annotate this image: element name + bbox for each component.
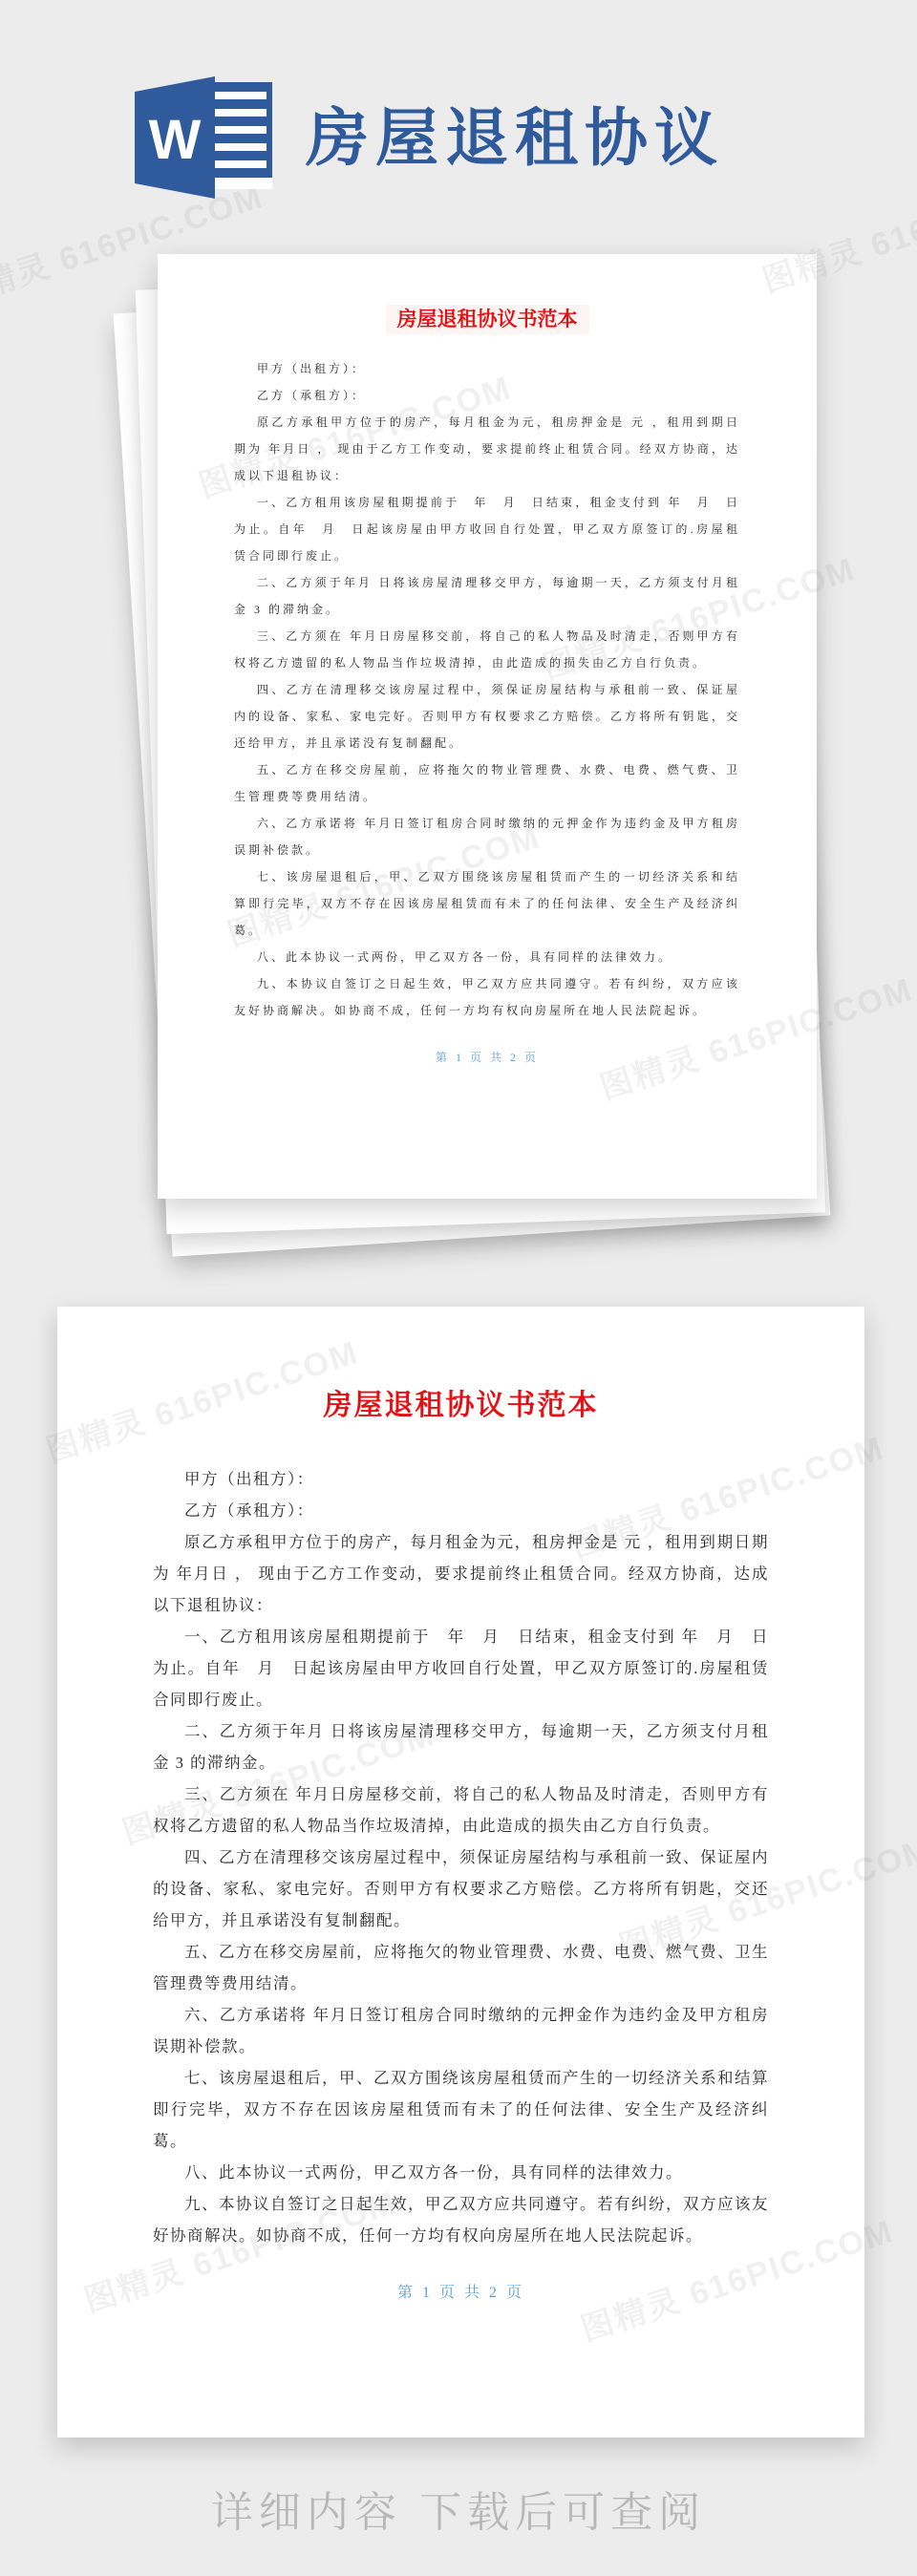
document-body: 甲方（出租方）： 乙方（承租方）： 原乙方承租甲方位于的房产，每月租金为元，租房… [158,355,817,1024]
paragraph: 原乙方承租甲方位于的房产，每月租金为元，租房押金是 元 ，租用到期日期为 年月日… [153,1526,769,1621]
document-page-preview-large: 房屋退租协议书范本 甲方（出租方）： 乙方（承租方）： 原乙方承租甲方位于的房产… [57,1307,864,2438]
document-title: 房屋退租协议书范本 [158,304,817,332]
paragraph: 二、乙方须于年月 日将该房屋清理移交甲方，每逾期一天，乙方须支付月租金 3 的滞… [234,569,740,623]
paragraph: 六、乙方承诺将 年月日签订租房合同时缴纳的元押金作为违约金及甲方租房误期补偿款。 [234,810,740,863]
paragraph: 五、乙方在移交房屋前，应将拖欠的物业管理费、水费、电费、燃气费、卫生管理费等费用… [153,1936,769,1999]
document-title: 房屋退租协议书范本 [57,1381,864,1423]
paragraph: 甲方（出租方）： [234,355,740,382]
paragraph: 一、乙方租用该房屋租期提前于 年 月 日结束，租金支付到 年 月 日为止。自年 … [234,489,740,569]
paragraph: 四、乙方在清理移交该房屋过程中，须保证房屋结构与承租前一致、保证屋内的设备、家私… [153,1842,769,1936]
paragraph: 八、此本协议一式两份，甲乙双方各一份，具有同样的法律效力。 [234,944,740,970]
paragraph: 原乙方承租甲方位于的房产，每月租金为元，租房押金是 元 ，租用到期日期为 年月日… [234,409,740,489]
paragraph: 七、该房屋退租后，甲、乙双方围绕该房屋租赁而产生的一切经济关系和结算即行完毕，双… [234,863,740,944]
paragraph: 九、本协议自签订之日起生效，甲乙双方应共同遵守。若有纠纷，双方应该友好协商解决。… [153,2188,769,2251]
paragraph: 一、乙方租用该房屋租期提前于 年 月 日结束，租金支付到 年 月 日为止。自年 … [153,1621,769,1715]
page-number: 第 1 页 共 2 页 [158,1049,817,1065]
paragraph: 四、乙方在清理移交该房屋过程中，须保证房屋结构与承租前一致、保证屋内的设备、家私… [234,676,740,756]
paragraph: 八、此本协议一式两份，甲乙双方各一份，具有同样的法律效力。 [153,2157,769,2188]
paragraph: 九、本协议自签订之日起生效，甲乙双方应共同遵守。若有纠纷，双方应该友好协商解决。… [234,970,740,1024]
document-body: 甲方（出租方）： 乙方（承租方）： 原乙方承租甲方位于的房产，每月租金为元，租房… [57,1463,864,2251]
paragraph: 甲方（出租方）： [153,1463,769,1495]
paragraph: 五、乙方在移交房屋前，应将拖欠的物业管理费、水费、电费、燃气费、卫生管理费等费用… [234,756,740,810]
paragraph: 乙方（承租方）： [153,1495,769,1526]
paragraph: 六、乙方承诺将 年月日签订租房合同时缴纳的元押金作为违约金及甲方租房误期补偿款。 [153,1999,769,2062]
paragraph: 三、乙方须在 年月日房屋移交前，将自己的私人物品及时清走，否则甲方有权将乙方遗留… [153,1778,769,1842]
paragraph: 二、乙方须于年月 日将该房屋清理移交甲方，每逾期一天，乙方须支付月租金 3 的滞… [153,1715,769,1778]
header: W 房屋退租协议 [0,0,917,220]
svg-text:W: W [149,109,202,171]
document-page-preview-small: 房屋退租协议书范本 甲方（出租方）： 乙方（承租方）： 原乙方承租甲方位于的房产… [158,254,817,1199]
page-title: 房屋退租协议 [306,82,724,197]
page: { "header": { "title": "房屋退租协议" }, "word… [0,0,917,2576]
document-preview-stack: 房屋退租协议书范本 甲方（出租方）： 乙方（承租方）： 原乙方承租甲方位于的房产… [158,254,817,1199]
word-file-icon: W [127,76,280,199]
page-number: 第 1 页 共 2 页 [57,2280,864,2302]
paragraph: 七、该房屋退租后，甲、乙双方围绕该房屋租赁而产生的一切经济关系和结算即行完毕，双… [153,2062,769,2157]
paragraph: 乙方（承租方）： [234,382,740,409]
bottom-caption: 详细内容 下载后可查阅 [0,2478,917,2539]
paragraph: 三、乙方须在 年月日房屋移交前，将自己的私人物品及时清走，否则甲方有权将乙方遗留… [234,623,740,676]
